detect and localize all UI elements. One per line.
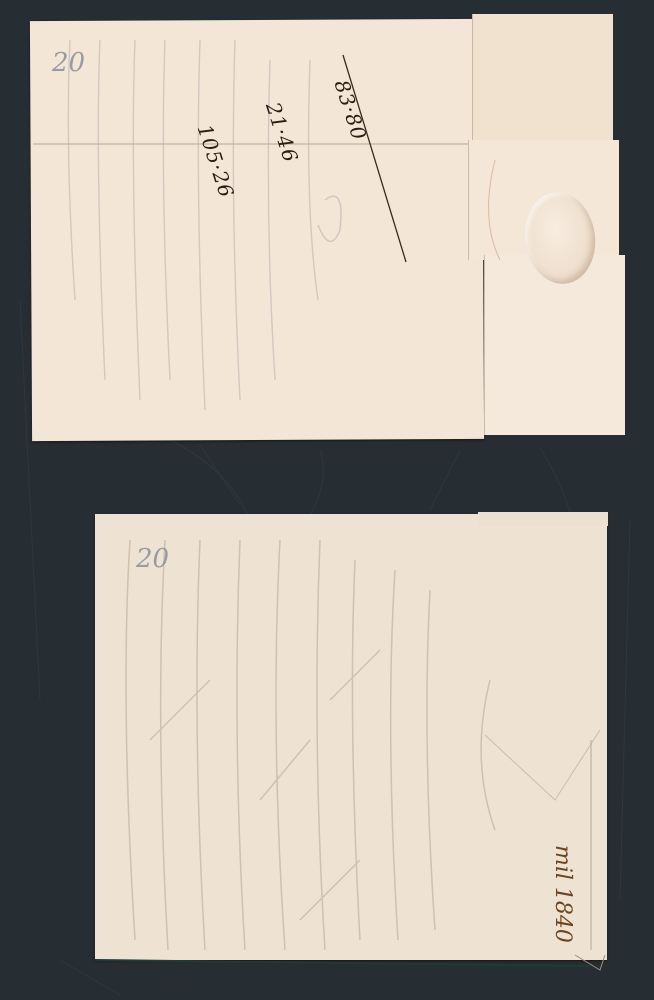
top-letter-body bbox=[30, 19, 484, 441]
top-letter: 20 83·80 21·46 105·26 bbox=[0, 0, 654, 450]
bottom-letter-right-edge bbox=[590, 740, 592, 950]
bottom-letter-date: mil 1840 bbox=[550, 845, 575, 943]
calc-total: 105·26 bbox=[193, 121, 239, 201]
bottom-letter-body bbox=[95, 514, 607, 960]
calc-line-2: 21·46 bbox=[261, 99, 307, 179]
bottom-letter: 20 mil 1840 bbox=[0, 500, 654, 1000]
top-letter-upper-flap bbox=[472, 14, 613, 141]
top-letter-pencil-number: 20 bbox=[52, 48, 85, 78]
bottom-letter-pencil-number: 20 bbox=[136, 544, 169, 574]
bottom-letter-top-strip bbox=[478, 512, 608, 526]
calc-line-1: 83·80 bbox=[330, 77, 376, 157]
